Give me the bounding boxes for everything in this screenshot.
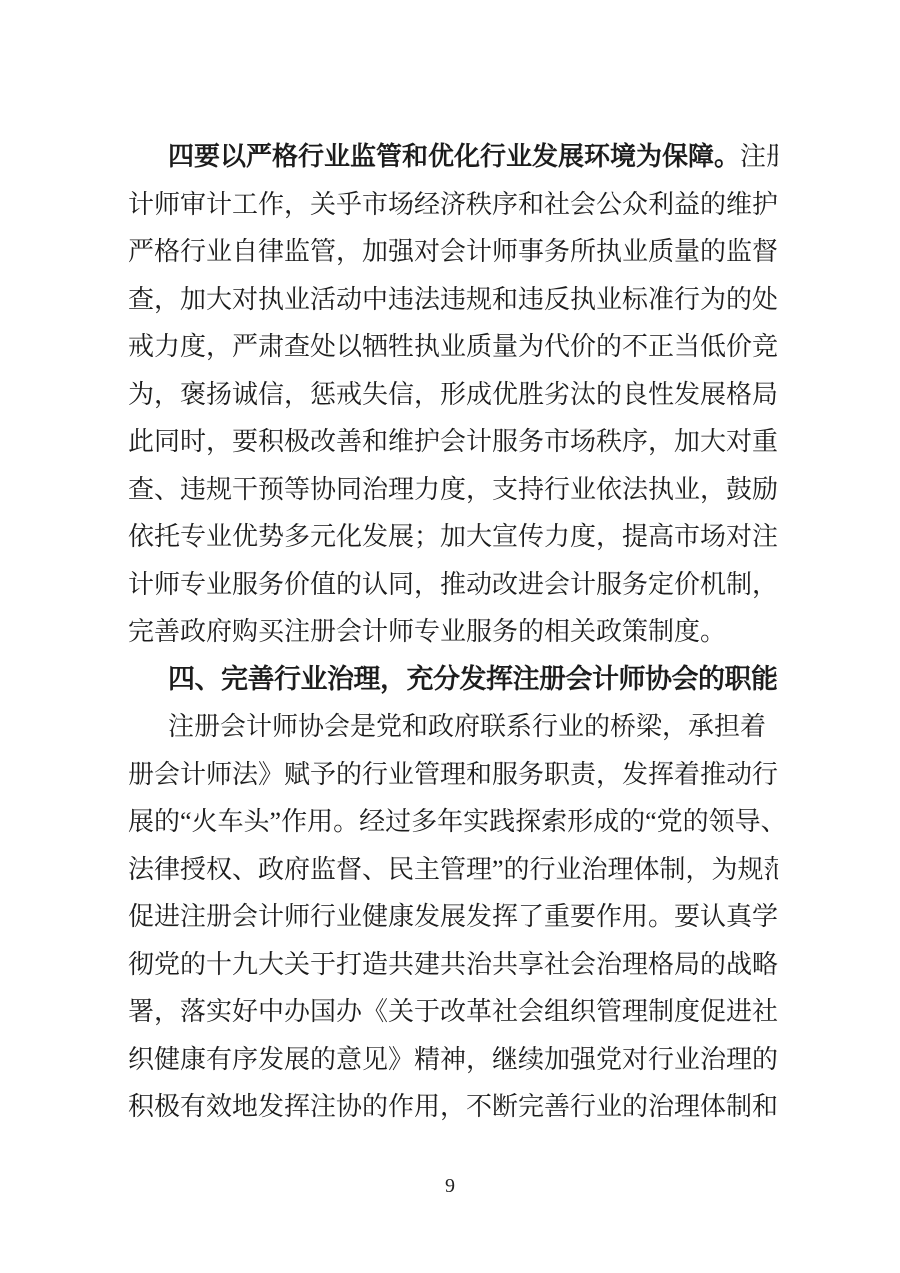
text-line: 依托专业优势多元化发展；加大宣传力度，提高市场对注册会 (128, 513, 778, 561)
text-line: 查，加大对执业活动中违法违规和违反执业标准行为的处罚惩 (128, 276, 778, 324)
text-line: 册会计师法》赋予的行业管理和服务职责，发挥着推动行业发 (128, 751, 778, 799)
text-line: 严格行业自律监管，加强对会计师事务所执业质量的监督检 (128, 228, 778, 276)
text-line: 计师审计工作，关乎市场经济秩序和社会公众利益的维护。要 (128, 181, 778, 229)
text-line: 此同时，要积极改善和维护会计服务市场秩序，加大对重复检 (128, 418, 778, 466)
text-segment: 彻党的十九大关于打造共建共治共享社会治理格局的战略部 (128, 950, 778, 979)
text-segment: 计师专业服务价值的认同，推动改进会计服务定价机制，不断 (128, 570, 778, 599)
text-segment: 完善政府购买注册会计师专业服务的相关政策制度。 (128, 617, 726, 646)
text-segment: 计师审计工作，关乎市场经济秩序和社会公众利益的维护。要 (128, 190, 778, 219)
text-segment: 促进注册会计师行业健康发展发挥了重要作用。要认真学习贯 (128, 902, 778, 931)
text-line: 展的“火车头”作用。经过多年实践探索形成的“党的领导、 (128, 798, 778, 846)
text-segment: 注册会 (740, 142, 778, 171)
text-segment: 册会计师法》赋予的行业管理和服务职责，发挥着推动行业发 (128, 760, 778, 789)
text-line: 完善政府购买注册会计师专业服务的相关政策制度。 (128, 608, 778, 656)
bold-text-segment: 四要以严格行业监管和优化行业发展环境为保障。 (168, 142, 740, 171)
text-line: 法律授权、政府监督、民主管理”的行业治理体制，为规范和 (128, 846, 778, 894)
text-segment: 署，落实好中办国办《关于改革社会组织管理制度促进社会组 (128, 997, 778, 1026)
text-segment: 查，加大对执业活动中违法违规和违反执业标准行为的处罚惩 (128, 285, 778, 314)
text-segment: 展的“火车头”作用。经过多年实践探索形成的“党的领导、 (128, 807, 778, 836)
text-line: 计师专业服务价值的认同，推动改进会计服务定价机制，不断 (128, 561, 778, 609)
section-heading: 四、完善行业治理，充分发挥注册会计师协会的职能作用 (128, 656, 778, 704)
text-segment: 法律授权、政府监督、民主管理”的行业治理体制，为规范和 (128, 855, 778, 884)
page-number: 9 (0, 1172, 900, 1200)
text-segment: 织健康有序发展的意见》精神，继续加强党对行业治理的领导， (128, 1045, 778, 1074)
text-line: 为，褒扬诚信，惩戒失信，形成优胜劣汰的良性发展格局。与 (128, 371, 778, 419)
document-content: 四要以严格行业监管和优化行业发展环境为保障。注册会计师审计工作，关乎市场经济秩序… (128, 133, 778, 1131)
text-segment: 查、违规干预等协同治理力度，支持行业依法执业，鼓励行业 (128, 475, 778, 504)
text-line: 注册会计师协会是党和政府联系行业的桥梁，承担着《注 (128, 703, 778, 751)
text-segment: 依托专业优势多元化发展；加大宣传力度，提高市场对注册会 (128, 522, 778, 551)
text-segment: 积极有效地发挥注协的作用，不断完善行业的治理体制和运行 (128, 1092, 778, 1121)
text-line: 织健康有序发展的意见》精神，继续加强党对行业治理的领导， (128, 1036, 778, 1084)
text-line: 查、违规干预等协同治理力度，支持行业依法执业，鼓励行业 (128, 466, 778, 514)
text-line: 署，落实好中办国办《关于改革社会组织管理制度促进社会组 (128, 988, 778, 1036)
text-segment: 注册会计师协会是党和政府联系行业的桥梁，承担着《注 (168, 712, 778, 741)
text-segment: 此同时，要积极改善和维护会计服务市场秩序，加大对重复检 (128, 427, 778, 456)
text-line: 促进注册会计师行业健康发展发挥了重要作用。要认真学习贯 (128, 893, 778, 941)
text-line: 四要以严格行业监管和优化行业发展环境为保障。注册会 (128, 133, 778, 181)
text-line: 积极有效地发挥注协的作用，不断完善行业的治理体制和运行 (128, 1083, 778, 1131)
document-page: 四要以严格行业监管和优化行业发展环境为保障。注册会计师审计工作，关乎市场经济秩序… (0, 0, 900, 1273)
text-line: 彻党的十九大关于打造共建共治共享社会治理格局的战略部 (128, 941, 778, 989)
text-line: 戒力度，严肃查处以牺牲执业质量为代价的不正当低价竞争行 (128, 323, 778, 371)
text-segment: 严格行业自律监管，加强对会计师事务所执业质量的监督检 (128, 237, 778, 266)
text-segment: 为，褒扬诚信，惩戒失信，形成优胜劣汰的良性发展格局。与 (128, 380, 778, 409)
text-segment: 戒力度，严肃查处以牺牲执业质量为代价的不正当低价竞争行 (128, 332, 778, 361)
